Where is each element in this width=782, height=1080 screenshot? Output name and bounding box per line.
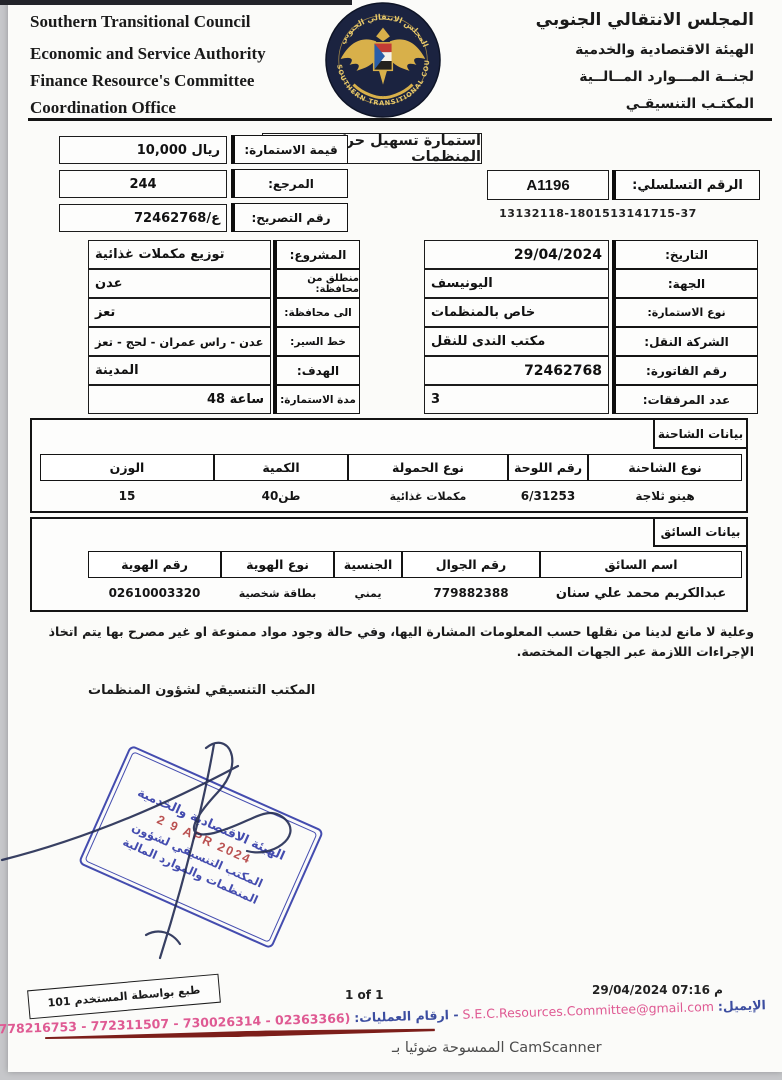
page-count: 1 of 1: [345, 988, 384, 1002]
truck-type-value: هينو ثلاجة: [588, 483, 742, 509]
committee-name-ar: لجنــة المـــوارد المــالــية: [579, 69, 754, 85]
fee-value: 10,000 ريال: [59, 136, 227, 164]
project-value: توزيع مكملات غذائية: [88, 240, 271, 269]
invoice-number-value: 72462768: [424, 356, 609, 385]
reference-value: 244: [59, 170, 227, 198]
route-value: عدن - راس عمران - لحج - تعز: [88, 327, 271, 356]
quantity-value: 40طن: [214, 483, 348, 509]
project-label: المشروع:: [273, 240, 360, 269]
permit-number-label: رقم التصريح:: [231, 203, 348, 232]
purpose-label: الهدف:: [273, 356, 360, 385]
purpose-value: المدينة: [88, 356, 271, 385]
email-label: الإيميل:: [718, 997, 766, 1013]
committee-name-en: Finance Resource's Committee: [30, 71, 254, 91]
weight-header: الوزن: [40, 454, 214, 481]
plate-number-value: 6/31253: [508, 483, 588, 509]
office-name-ar: المكتـب التنسيقـي: [626, 96, 754, 112]
driver-name-header: اسم السائق: [540, 551, 742, 578]
stc-emblem-logo: المجلس الانتقالي الجنوبي SOUTHERN TRANSI…: [323, 2, 443, 120]
permit-number-value: ع/72462768: [59, 204, 227, 232]
scan-timestamp: 29/04/2024 07:16 م: [592, 983, 723, 997]
origin-governorate-label: منطلق من محافظة:: [273, 269, 360, 298]
mobile-number-header: رقم الجوال: [402, 551, 540, 578]
serial-number-label: الرقم التسلسلي:: [612, 170, 760, 200]
scan-edge-artifact: [0, 0, 352, 5]
camscanner-text-en: CamScanner: [509, 1040, 601, 1056]
cargo-type-value: مكملات غذائية: [348, 483, 508, 509]
driver-name-value: عبدالكريم محمد علي سنان: [540, 580, 742, 606]
disclaimer-text: وعلية لا مانع لدينا من نقلها حسب المعلوم…: [28, 622, 754, 662]
id-type-value: بطاقة شخصية: [221, 580, 334, 606]
driver-section-title: بيانات السائق: [653, 519, 746, 547]
office-name-en: Coordination Office: [30, 98, 176, 118]
weight-value: 15: [40, 483, 214, 509]
header-divider: [28, 118, 772, 121]
authority-name-ar: الهيئة الاقتصادية والخدمية: [575, 42, 754, 58]
handwritten-signature: [0, 730, 360, 980]
entity-value: اليونيسف: [424, 269, 609, 298]
form-duration-value: 48 ساعة: [88, 385, 271, 414]
attachments-count-label: عدد المرفقات:: [612, 385, 758, 414]
destination-governorate-label: الى محافظة:: [273, 298, 360, 327]
nationality-value: يمني: [334, 580, 402, 606]
authority-name-en: Economic and Service Authority: [30, 44, 266, 64]
plate-number-header: رقم اللوحة: [508, 454, 588, 481]
date-label: التاريخ:: [612, 240, 758, 269]
reference-label: المرجع:: [231, 169, 348, 198]
form-duration-label: مدة الاستمارة:: [273, 385, 360, 414]
serial-number-value: A1196: [487, 170, 609, 200]
scanned-document: Southern Transitional Council Economic a…: [0, 0, 782, 1080]
coordination-office-signature-line: المكتب التنسيقي لشؤون المنظمات: [88, 683, 315, 698]
transport-company-value: مكتب الندى للنقل: [424, 327, 609, 356]
printed-by-text: طبع بواسطة المستخدم 101: [47, 983, 201, 1009]
transport-company-label: الشركة النقل:: [612, 327, 758, 356]
org-name-en: Southern Transitional Council: [30, 12, 250, 32]
truck-type-header: نوع الشاحنة: [588, 454, 742, 481]
id-number-header: رقم الهوية: [88, 551, 221, 578]
cargo-type-header: نوع الحمولة: [348, 454, 508, 481]
id-type-header: نوع الهوية: [221, 551, 334, 578]
attachments-count-value: 3: [424, 385, 609, 414]
serial-barcode-number: 13132118-1801513141715-37: [478, 207, 718, 220]
route-label: خط السير:: [273, 327, 360, 356]
quantity-header: الكمية: [214, 454, 348, 481]
org-name-ar: المجلس الانتقالي الجنوبي: [536, 10, 754, 30]
destination-governorate-value: تعز: [88, 298, 271, 327]
mobile-number-value: 779882388: [402, 580, 540, 606]
nationality-header: الجنسية: [334, 551, 402, 578]
truck-section-title: بيانات الشاحنة: [653, 420, 746, 449]
id-number-value: 02610003320: [88, 580, 221, 606]
fee-label: قيمة الاستمارة:: [231, 135, 348, 164]
camscanner-text-ar: الممسوحة ضوئيا بـ: [392, 1040, 505, 1056]
date-value: 29/04/2024: [424, 240, 609, 269]
origin-governorate-value: عدن: [88, 269, 271, 298]
entity-label: الجهة:: [612, 269, 758, 298]
camscanner-watermark: الممسوحة ضوئيا بـ CamScanner: [392, 1040, 602, 1056]
invoice-number-label: رقم الفاتورة:: [612, 356, 758, 385]
form-type-label: نوع الاستمارة:: [612, 298, 758, 327]
form-type-value: خاص بالمنظمات: [424, 298, 609, 327]
